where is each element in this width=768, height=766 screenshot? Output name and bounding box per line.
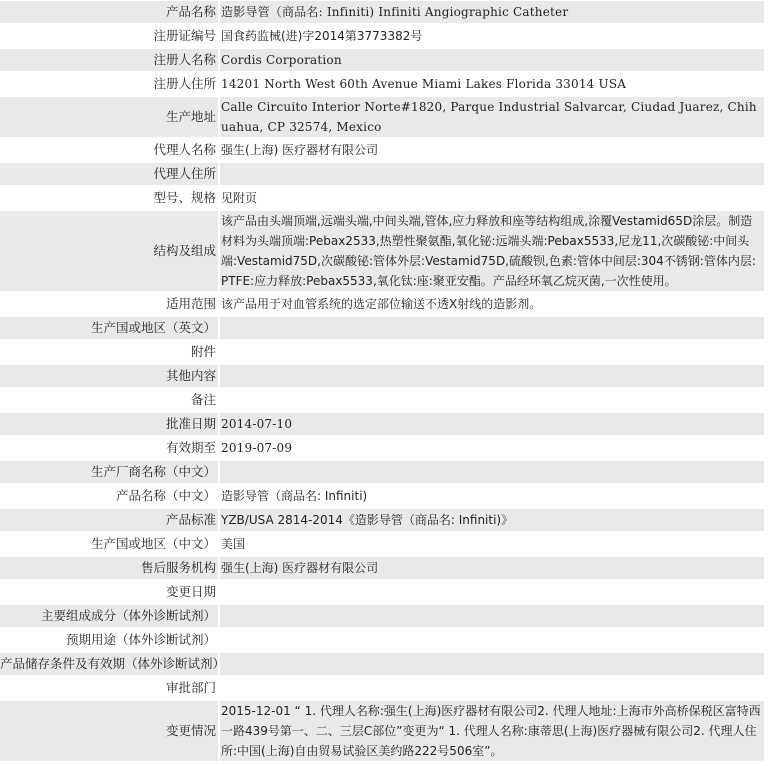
value-change-date [220,581,764,603]
value-change-details: 2015-12-01 “ 1. 代理人名称:强生(上海)医疗器材有限公司2. 代… [220,701,764,761]
row-model-spec: 型号、规格 见附页 [0,187,764,209]
value-product-name-cn: 造影导管（商品名: Infiniti) [220,485,764,507]
value-registration-number: 国食药监械(进)字2014第3773382号 [220,25,764,47]
value-scope: 该产品用于对血管系统的选定部位输送不透X射线的造影剂。 [220,293,764,315]
label-change-date: 变更日期 [0,581,218,603]
label-intended-use: 预期用途（体外诊断试剂） [0,629,218,651]
value-intended-use [220,629,764,651]
row-approval-date: 批准日期 2014-07-10 [0,413,764,435]
label-main-components: 主要组成成分（体外诊断试剂） [0,605,218,627]
value-main-components [220,605,764,627]
value-after-sales: 强生(上海) 医疗器材有限公司 [220,557,764,579]
row-registration-number: 注册证编号 国食药监械(进)字2014第3773382号 [0,25,764,47]
row-attachments: 附件 [0,341,764,363]
label-storage-conditions: 产品储存条件及有效期（体外诊断试剂） [0,653,218,675]
row-product-name: 产品名称 造影导管（商品名: Infiniti) Infiniti Angiog… [0,1,764,23]
label-valid-until: 有效期至 [0,437,218,459]
value-manufacturer-cn [220,461,764,483]
row-after-sales: 售后服务机构 强生(上海) 医疗器材有限公司 [0,557,764,579]
label-other-content: 其他内容 [0,365,218,387]
label-product-name: 产品名称 [0,1,218,23]
row-manufacturer-cn: 生产厂商名称（中文） [0,461,764,483]
row-change-date: 变更日期 [0,581,764,603]
row-registrant-name: 注册人名称 Cordis Corporation [0,49,764,71]
value-country-cn: 美国 [220,533,764,555]
row-main-components: 主要组成成分（体外诊断试剂） [0,605,764,627]
row-agent-address: 代理人住所 [0,163,764,185]
value-registrant-name: Cordis Corporation [220,49,764,71]
label-remarks: 备注 [0,389,218,411]
value-agent-address [220,163,764,185]
row-agent-name: 代理人名称 强生(上海) 医疗器材有限公司 [0,139,764,161]
value-attachments [220,341,764,363]
row-production-address: 生产地址 Calle Circuito Interior Norte#1820,… [0,97,764,137]
value-agent-name: 强生(上海) 医疗器材有限公司 [220,139,764,161]
row-structure: 结构及组成 该产品由头端顶端,远端头端,中间头端,管体,应力释放和座等结构组成,… [0,211,764,291]
row-change-details: 变更情况 2015-12-01 “ 1. 代理人名称:强生(上海)医疗器材有限公… [0,701,764,761]
label-approval-dept: 审批部门 [0,677,218,699]
value-product-standard: YZB/USA 2814-2014《造影导管（商品名: Infiniti)》 [220,509,764,531]
row-country-en: 生产国或地区（英文） [0,317,764,339]
value-product-name: 造影导管（商品名: Infiniti) Infiniti Angiographi… [220,1,764,23]
value-production-address: Calle Circuito Interior Norte#1820, Parq… [220,97,764,137]
row-country-cn: 生产国或地区（中文） 美国 [0,533,764,555]
row-approval-dept: 审批部门 [0,677,764,699]
label-attachments: 附件 [0,341,218,363]
value-storage-conditions [220,653,764,675]
label-registrant-address: 注册人住所 [0,73,218,95]
value-approval-date: 2014-07-10 [220,413,764,435]
row-intended-use: 预期用途（体外诊断试剂） [0,629,764,651]
value-other-content [220,365,764,387]
value-valid-until: 2019-07-09 [220,437,764,459]
row-other-content: 其他内容 [0,365,764,387]
row-storage-conditions: 产品储存条件及有效期（体外诊断试剂） [0,653,764,675]
label-agent-address: 代理人住所 [0,163,218,185]
label-country-en: 生产国或地区（英文） [0,317,218,339]
value-registrant-address: 14201 North West 60th Avenue Miami Lakes… [220,73,764,95]
registration-info-table: 产品名称 造影导管（商品名: Infiniti) Infiniti Angiog… [0,0,764,763]
value-remarks [220,389,764,411]
value-structure: 该产品由头端顶端,远端头端,中间头端,管体,应力释放和座等结构组成,涂覆Vest… [220,211,764,291]
label-structure: 结构及组成 [0,211,218,291]
row-product-name-cn: 产品名称（中文） 造影导管（商品名: Infiniti) [0,485,764,507]
label-product-name-cn: 产品名称（中文） [0,485,218,507]
label-approval-date: 批准日期 [0,413,218,435]
row-valid-until: 有效期至 2019-07-09 [0,437,764,459]
label-registrant-name: 注册人名称 [0,49,218,71]
label-registration-number: 注册证编号 [0,25,218,47]
label-model-spec: 型号、规格 [0,187,218,209]
value-model-spec: 见附页 [220,187,764,209]
value-country-en [220,317,764,339]
row-remarks: 备注 [0,389,764,411]
label-scope: 适用范围 [0,293,218,315]
row-scope: 适用范围 该产品用于对血管系统的选定部位输送不透X射线的造影剂。 [0,293,764,315]
label-production-address: 生产地址 [0,97,218,137]
label-after-sales: 售后服务机构 [0,557,218,579]
value-approval-dept [220,677,764,699]
label-change-details: 变更情况 [0,701,218,761]
label-manufacturer-cn: 生产厂商名称（中文） [0,461,218,483]
label-agent-name: 代理人名称 [0,139,218,161]
label-product-standard: 产品标准 [0,509,218,531]
row-product-standard: 产品标准 YZB/USA 2814-2014《造影导管（商品名: Infinit… [0,509,764,531]
label-country-cn: 生产国或地区（中文） [0,533,218,555]
row-registrant-address: 注册人住所 14201 North West 60th Avenue Miami… [0,73,764,95]
